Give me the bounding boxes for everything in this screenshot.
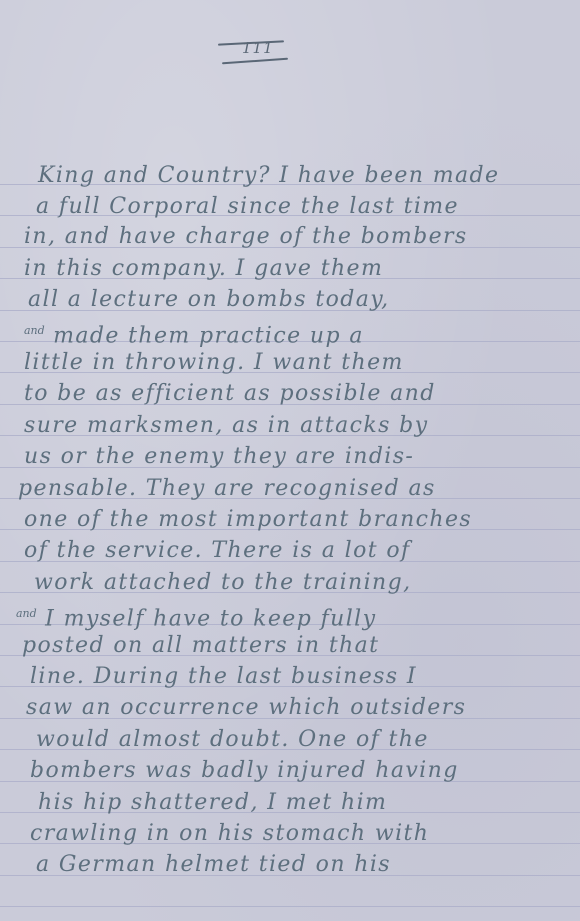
handwritten-line: in this company. I gave them xyxy=(24,256,383,282)
handwritten-line: pensable. They are recognised as xyxy=(18,476,436,502)
page-number-text: 111 xyxy=(242,39,274,57)
handwritten-line: work attached to the training, xyxy=(34,570,411,596)
handwritten-line: his hip shattered, I met him xyxy=(38,790,387,816)
line-text: saw an occurrence which outsiders xyxy=(26,695,466,720)
handwritten-line: bombers was badly injured having xyxy=(30,758,459,784)
handwritten-line: us or the enemy they are indis- xyxy=(24,444,414,470)
line-text: a German helmet tied on his xyxy=(36,852,391,877)
line-text: a full Corporal since the last time xyxy=(36,194,459,219)
handwritten-line: sure marksmen, as in attacks by xyxy=(24,413,429,439)
line-text: in, and have charge of the bombers xyxy=(24,224,468,249)
letter-page: 111 King and Country? I have been madea … xyxy=(0,0,580,921)
handwritten-line: all a lecture on bombs today, xyxy=(28,287,390,313)
line-text: little in throwing. I want them xyxy=(24,350,404,375)
handwritten-line: a German helmet tied on his xyxy=(36,852,391,878)
handwritten-line: little in throwing. I want them xyxy=(24,350,404,376)
page-number: 111 xyxy=(218,34,288,64)
line-text: posted on all matters in that xyxy=(22,633,379,658)
line-text: sure marksmen, as in attacks by xyxy=(24,413,429,438)
ampersand-abbrev: and xyxy=(24,324,45,337)
line-text: would almost doubt. One of the xyxy=(36,727,429,752)
handwritten-line: one of the most important branches xyxy=(24,507,472,533)
line-text: all a lecture on bombs today, xyxy=(28,287,390,312)
line-text: in this company. I gave them xyxy=(24,256,383,281)
handwritten-line: line. During the last business I xyxy=(30,664,417,690)
line-text: to be as efficient as possible and xyxy=(24,381,436,406)
line-text: work attached to the training, xyxy=(34,570,411,595)
handwritten-line: posted on all matters in that xyxy=(22,633,379,659)
line-text: line. During the last business I xyxy=(30,664,417,689)
page-number-underline xyxy=(222,58,288,65)
line-text: one of the most important branches xyxy=(24,507,472,532)
line-text: I myself have to keep fully xyxy=(45,606,376,631)
handwritten-line: a full Corporal since the last time xyxy=(36,194,459,220)
handwritten-line: would almost doubt. One of the xyxy=(36,727,429,753)
handwritten-line: and I myself have to keep fully xyxy=(16,601,376,632)
handwritten-line: in, and have charge of the bombers xyxy=(24,224,468,250)
handwritten-line: of the service. There is a lot of xyxy=(24,538,411,564)
line-text: of the service. There is a lot of xyxy=(24,538,411,563)
ruled-line xyxy=(0,906,580,907)
handwritten-line: King and Country? I have been made xyxy=(38,163,499,189)
line-text: crawling in on his stomach with xyxy=(30,821,429,846)
ampersand-abbrev: and xyxy=(16,607,37,620)
handwritten-line: saw an occurrence which outsiders xyxy=(26,695,466,721)
line-text: us or the enemy they are indis- xyxy=(24,444,414,469)
line-text: King and Country? I have been made xyxy=(38,163,499,188)
line-text: bombers was badly injured having xyxy=(30,758,459,783)
handwritten-line: crawling in on his stomach with xyxy=(30,821,429,847)
line-text: pensable. They are recognised as xyxy=(18,476,436,501)
line-text: his hip shattered, I met him xyxy=(38,790,387,815)
line-text: made them practice up a xyxy=(53,323,364,348)
handwritten-line: and made them practice up a xyxy=(24,318,364,349)
handwritten-line: to be as efficient as possible and xyxy=(24,381,436,407)
